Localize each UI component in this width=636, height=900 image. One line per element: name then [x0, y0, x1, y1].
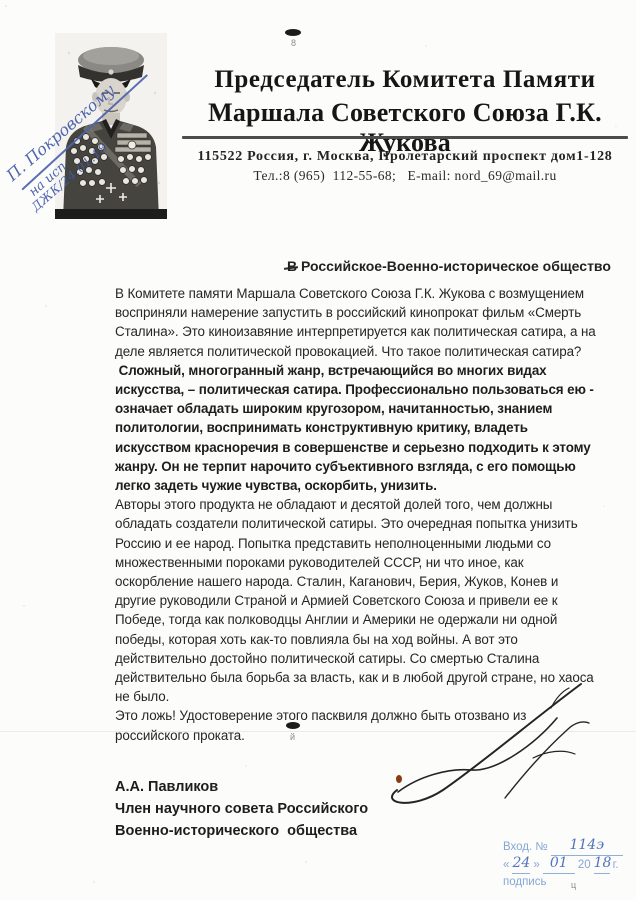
signature-scribble — [383, 678, 598, 810]
stamp-month-value: 01 — [550, 855, 568, 871]
stamp-year-suffix: г. — [613, 857, 619, 874]
stamp-quote-close: » — [533, 857, 539, 874]
stamp-day-line: 24 — [512, 856, 530, 874]
body-paragraph-2: Сложный, многогранный жанр, встречающийс… — [115, 361, 597, 495]
letterhead-divider — [182, 136, 628, 139]
stamp-number-row: Вход. № 114э — [503, 838, 635, 856]
stamp-quote-open: « — [503, 857, 509, 874]
letterhead-contacts: Тел.:8 (965) 112-55-68; E-mail: nord_69@… — [180, 168, 630, 184]
body-paragraph-1: В Комитете памяти Маршала Советского Сою… — [115, 284, 597, 361]
addressee-line: В Российское-Военно-историческое обществ… — [287, 258, 611, 274]
stamp-year-value: 18 — [594, 855, 612, 871]
scan-artifact-top — [285, 29, 301, 36]
signer-title-line1: Член научного совета Российского — [115, 798, 368, 820]
body-paragraph-3: Авторы этого продукта не обладают и деся… — [115, 495, 597, 706]
signer-name: А.А. Павликов — [115, 776, 368, 798]
letter-body: В Комитете памяти Маршала Советского Сою… — [115, 284, 597, 745]
ink-blot — [396, 775, 402, 783]
stamp-number-label: Вход. № — [503, 839, 548, 856]
stamp-month-line: 01 — [543, 856, 575, 874]
stamp-date-row: « 24 » 01 20 18 г. — [503, 856, 635, 874]
stamp-number-value: 114э — [569, 837, 604, 853]
signer-block: А.А. Павликов Член научного совета Росси… — [115, 776, 368, 842]
scanned-letter-page: П. Покровскому на исп ДЖК/24.01.18 Предс… — [0, 0, 636, 900]
stamp-year-line: 18 — [594, 856, 610, 874]
stamp-signature-label: подпись — [503, 874, 635, 891]
signer-title-line2: Военно-исторического общества — [115, 820, 368, 842]
stamp-number-line: 114э — [551, 838, 623, 856]
incoming-stamp: Вход. № 114э « 24 » 01 20 18 г. подпись — [503, 838, 635, 891]
stamp-day-value: 24 — [512, 855, 530, 871]
stamp-century: 20 — [578, 857, 591, 874]
paper-noise — [5, 5, 7, 7]
scan-artifact-top-glyph: 8 — [291, 38, 296, 48]
letterhead-address: 115522 Россия, г. Москва, Пролетарский п… — [176, 149, 634, 165]
letterhead-title-line1: Председатель Комитета Памяти — [180, 66, 630, 94]
